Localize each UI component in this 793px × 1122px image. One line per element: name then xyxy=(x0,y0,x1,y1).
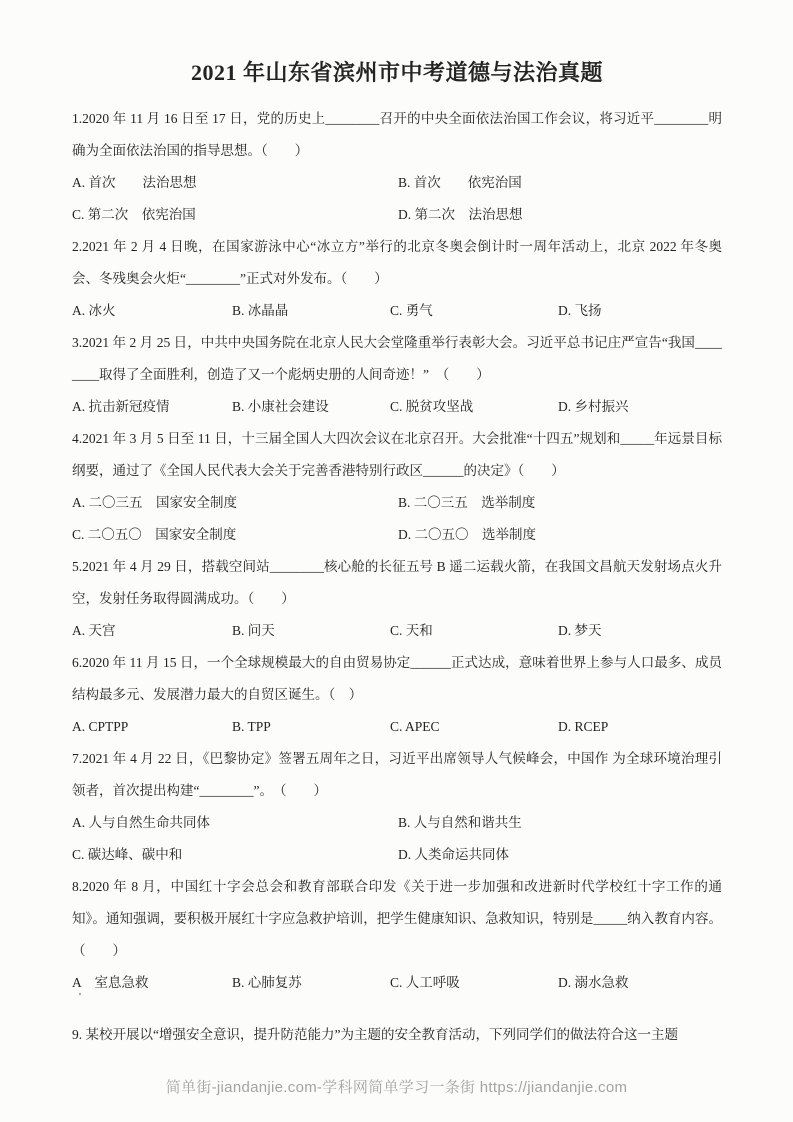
option-c: C. 碳达峰、碳中和 xyxy=(72,839,398,871)
option-d: D. 人类命运共同体 xyxy=(398,839,722,871)
option-d: D. RCEP xyxy=(558,711,722,743)
question-stem: 8.2020 年 8 月，中国红十字会总会和教育部联合印发《关于进一步加强和改进… xyxy=(72,871,722,967)
footer-text: 简单街-jiandanjie.com-学科网简单学习一条街 https://ji… xyxy=(0,1078,793,1098)
option-b: B. 问天 xyxy=(232,615,390,647)
option-b: B. TPP xyxy=(232,711,390,743)
option-d: D. 第二次 法治思想 xyxy=(398,199,722,231)
option-d: D. 二〇五〇 选举制度 xyxy=(398,519,722,551)
options-row: A. CPTPP B. TPP C. APEC D. RCEP xyxy=(72,711,722,743)
option-c: C. APEC xyxy=(390,711,558,743)
option-b: B. 冰晶晶 xyxy=(232,295,390,327)
options-row: C. 第二次 依宪治国 D. 第二次 法治思想 xyxy=(72,199,722,231)
question-5: 5.2021 年 4 月 29 日，搭载空间站________核心舱的长征五号 … xyxy=(72,551,722,647)
question-stem: 4.2021 年 3 月 5 日至 11 日，十三届全国人大四次会议在北京召开。… xyxy=(72,423,722,487)
question-stem: 3.2021 年 2 月 25 日，中共中央国务院在北京人民大会堂隆重举行表彰大… xyxy=(72,327,722,391)
question-stem: 1.2020 年 11 月 16 日至 17 日，党的历史上________召开… xyxy=(72,103,722,167)
options-row: A. 人与自然生命共同体 B. 人与自然和谐共生 xyxy=(72,807,722,839)
option-a: A. 人与自然生命共同体 xyxy=(72,807,398,839)
option-a: A 室息急救 xyxy=(72,967,232,999)
question-1: 1.2020 年 11 月 16 日至 17 日，党的历史上________召开… xyxy=(72,103,722,231)
option-b: B. 首次 依宪治国 xyxy=(398,167,722,199)
question-4: 4.2021 年 3 月 5 日至 11 日，十三届全国人大四次会议在北京召开。… xyxy=(72,423,722,551)
options-row: A. 二〇三五 国家安全制度 B. 二〇三五 选举制度 xyxy=(72,487,722,519)
options-row: A. 天宫 B. 问天 C. 天和 D. 梦天 xyxy=(72,615,722,647)
option-b: B. 心肺复苏 xyxy=(232,967,390,999)
option-d: D. 乡村振兴 xyxy=(558,391,722,423)
options-row: C. 碳达峰、碳中和 D. 人类命运共同体 xyxy=(72,839,722,871)
page-title: 2021 年山东省滨州市中考道德与法治真题 xyxy=(72,57,722,89)
question-stem: 9. 某校开展以“增强安全意识，提升防范能力”为主题的安全教育活动，下列同学们的… xyxy=(72,1019,722,1051)
question-9: 9. 某校开展以“增强安全意识，提升防范能力”为主题的安全教育活动，下列同学们的… xyxy=(72,1019,722,1051)
option-a: A. 天宫 xyxy=(72,615,232,647)
option-a: A. 首次 法治思想 xyxy=(72,167,398,199)
option-d: D. 飞扬 xyxy=(558,295,722,327)
option-c: C. 人工呼吸 xyxy=(390,967,558,999)
option-c: C. 第二次 依宪治国 xyxy=(72,199,398,231)
option-b: B. 二〇三五 选举制度 xyxy=(398,487,722,519)
question-2: 2.2021 年 2 月 4 日晚，在国家游泳中心“冰立方”举行的北京冬奥会倒计… xyxy=(72,231,722,327)
option-a: A. CPTPP xyxy=(72,711,232,743)
option-a: A. 抗击新冠疫情 xyxy=(72,391,232,423)
question-stem: 2.2021 年 2 月 4 日晚，在国家游泳中心“冰立方”举行的北京冬奥会倒计… xyxy=(72,231,722,295)
question-stem: 5.2021 年 4 月 29 日，搭载空间站________核心舱的长征五号 … xyxy=(72,551,722,615)
option-a: A. 二〇三五 国家安全制度 xyxy=(72,487,398,519)
options-row: A. 首次 法治思想 B. 首次 依宪治国 xyxy=(72,167,722,199)
option-d: D. 梦天 xyxy=(558,615,722,647)
stray-mark: ' xyxy=(79,992,81,1003)
options-row: A. 抗击新冠疫情 B. 小康社会建设 C. 脱贫攻坚战 D. 乡村振兴 xyxy=(72,391,722,423)
question-7: 7.2021 年 4 月 22 日，《巴黎协定》签署五周年之日，习近平出席领导人… xyxy=(72,743,722,871)
question-3: 3.2021 年 2 月 25 日，中共中央国务院在北京人民大会堂隆重举行表彰大… xyxy=(72,327,722,423)
option-b: B. 人与自然和谐共生 xyxy=(398,807,722,839)
option-c: C. 二〇五〇 国家安全制度 xyxy=(72,519,398,551)
option-c: C. 天和 xyxy=(390,615,558,647)
option-c: C. 脱贫攻坚战 xyxy=(390,391,558,423)
question-6: 6.2020 年 11 月 15 日，一个全球规模最大的自由贸易协定______… xyxy=(72,647,722,743)
option-b: B. 小康社会建设 xyxy=(232,391,390,423)
exam-document-page: 2021 年山东省滨州市中考道德与法治真题 1.2020 年 11 月 16 日… xyxy=(0,0,793,1122)
page-content: 2021 年山东省滨州市中考道德与法治真题 1.2020 年 11 月 16 日… xyxy=(0,0,793,1051)
question-stem: 6.2020 年 11 月 15 日，一个全球规模最大的自由贸易协定______… xyxy=(72,647,722,711)
options-row: A 室息急救 B. 心肺复苏 C. 人工呼吸 D. 溺水急救 ' xyxy=(72,967,722,999)
question-stem: 7.2021 年 4 月 22 日，《巴黎协定》签署五周年之日，习近平出席领导人… xyxy=(72,743,722,807)
options-row: A. 冰火 B. 冰晶晶 C. 勇气 D. 飞扬 xyxy=(72,295,722,327)
option-d: D. 溺水急救 xyxy=(558,967,722,999)
option-c: C. 勇气 xyxy=(390,295,558,327)
option-a: A. 冰火 xyxy=(72,295,232,327)
question-8: 8.2020 年 8 月，中国红十字会总会和教育部联合印发《关于进一步加强和改进… xyxy=(72,871,722,999)
options-row: C. 二〇五〇 国家安全制度 D. 二〇五〇 选举制度 xyxy=(72,519,722,551)
